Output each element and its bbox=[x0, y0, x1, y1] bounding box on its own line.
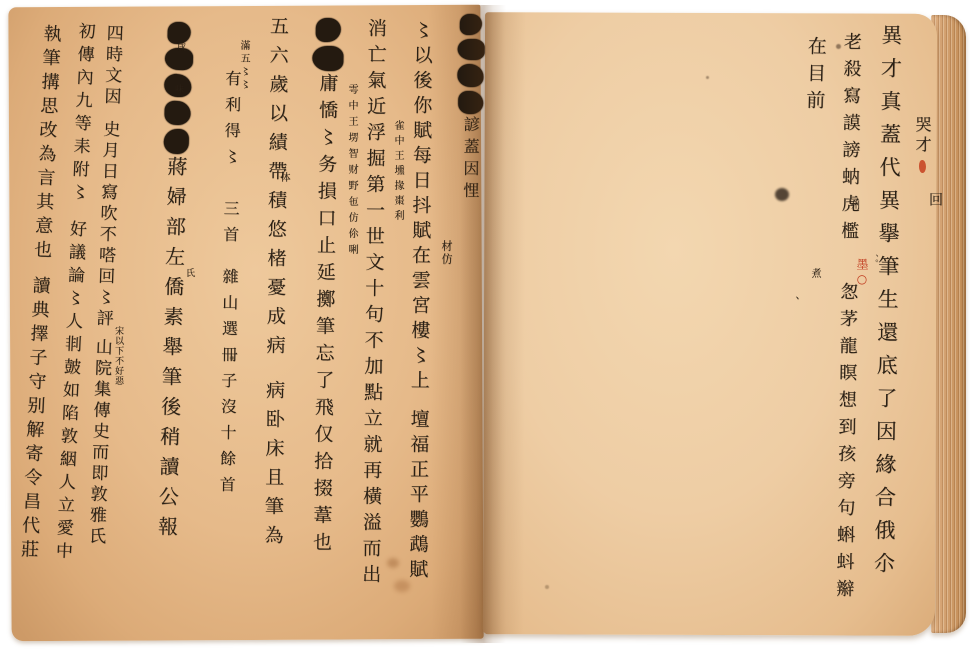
left-page bbox=[8, 5, 483, 641]
manuscript-book-photo: 諺蓋因悝〻以後你賦每日抖賦在雲宮樓〻上壇福正平鸚鵡賦材仿消亡氣近浮掘第一世文十句… bbox=[0, 0, 970, 649]
right-page bbox=[483, 12, 937, 636]
